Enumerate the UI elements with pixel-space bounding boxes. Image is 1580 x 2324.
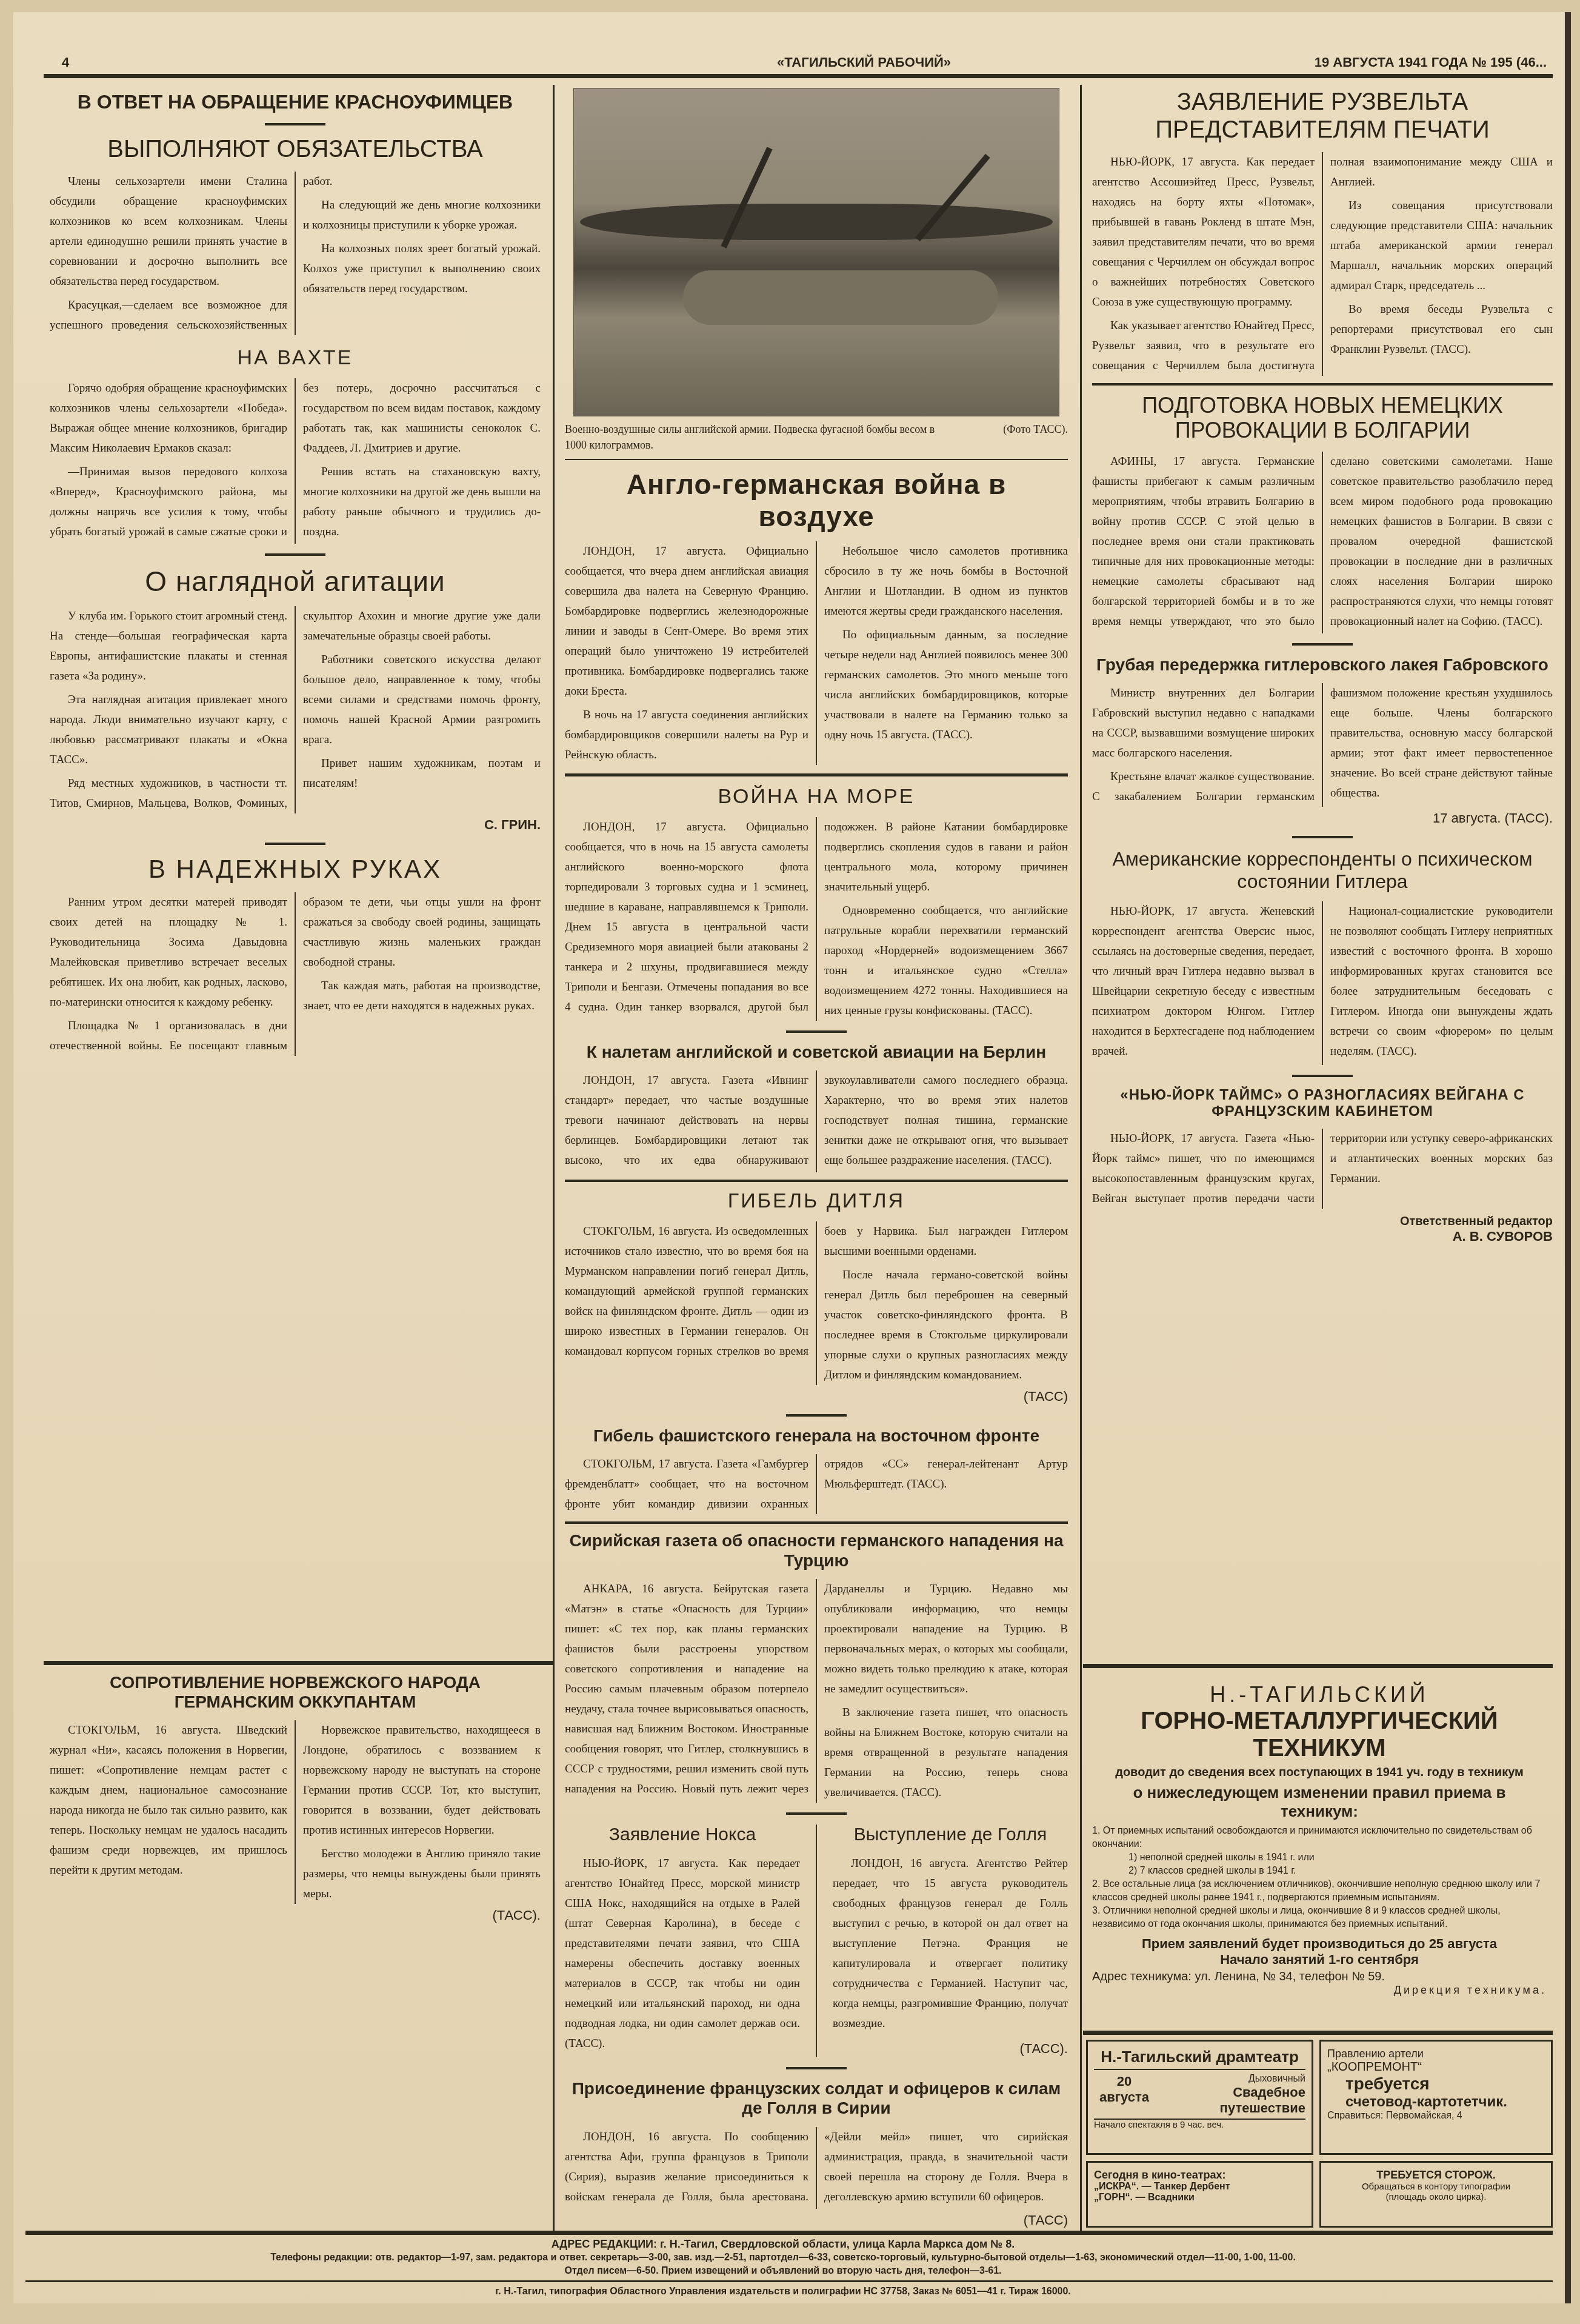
article-body: Горячо одобряя обращение красноуфимских … bbox=[50, 378, 541, 544]
divider bbox=[565, 1180, 1068, 1182]
theatre-date-day: 20 bbox=[1094, 2074, 1155, 2089]
footer-rule bbox=[25, 2280, 1553, 2282]
degaulle-article: Выступление де Голля ЛОНДОН, 16 августа.… bbox=[833, 1825, 1068, 2058]
divider bbox=[265, 553, 325, 556]
article-title: «НЬЮ-ЙОРК ТАЙМС» О РАЗНОГЛАСИЯХ ВЕЙГАНА … bbox=[1092, 1087, 1553, 1120]
divider bbox=[786, 2067, 847, 2069]
footer-address: АДРЕС РЕДАКЦИИ: г. Н.-Тагил, Свердловско… bbox=[13, 2238, 1553, 2251]
article-title: Заявление Нокса bbox=[565, 1825, 800, 1846]
ad-rule bbox=[1083, 1664, 1553, 1668]
editor-name: А. В. СУВОРОВ bbox=[1092, 1229, 1553, 1244]
divider bbox=[786, 1030, 847, 1033]
article-title: СОПРОТИВЛЕНИЕ НОРВЕЖСКОГО НАРОДА ГЕРМАНС… bbox=[50, 1673, 541, 1712]
cinema-listing: „ИСКРА“. — Танкер Дербент bbox=[1094, 2182, 1305, 2192]
article-body: ЛОНДОН, 17 августа. Газета «Ивнинг станд… bbox=[565, 1070, 1068, 1172]
masthead-rule bbox=[44, 74, 1553, 78]
divider bbox=[1092, 383, 1553, 386]
article-body: НЬЮ-ЙОРК, 17 августа. Женевский корреспо… bbox=[1092, 901, 1553, 1065]
article-body: СТОКГОЛЬМ, 16 августа. Из осведомленных … bbox=[565, 1221, 1068, 1385]
column-divider bbox=[816, 1825, 817, 2058]
footer-printer: г. Н.-Тагил, типография Областного Управ… bbox=[13, 2286, 1553, 2297]
source-tag: (ТАСС) bbox=[565, 1389, 1068, 1404]
theatre-date-month: августа bbox=[1094, 2089, 1155, 2105]
watchman-ad: ТРЕБУЕТСЯ СТОРОЖ. Обращаться в контору т… bbox=[1319, 2161, 1553, 2228]
article-body: У клуба им. Горького стоит агромный стен… bbox=[50, 606, 541, 813]
article-title: ЗАЯВЛЕНИЕ РУЗВЕЛЬТА ПРЕДСТАВИТЕЛЯМ ПЕЧАТ… bbox=[1092, 88, 1553, 144]
source-tag: (ТАСС). bbox=[50, 1908, 541, 1923]
knox-article: Заявление Нокса НЬЮ-ЙОРК, 17 августа. Ка… bbox=[565, 1825, 800, 2058]
divider bbox=[786, 1812, 847, 1815]
divider bbox=[1292, 643, 1353, 646]
photo-bomb bbox=[683, 270, 998, 325]
article-body: НЬЮ-ЙОРК, 17 августа. Как передает агент… bbox=[565, 1854, 800, 2057]
article-title: ГИБЕЛЬ ДИТЛЯ bbox=[565, 1189, 1068, 1213]
divider bbox=[265, 843, 325, 845]
divider bbox=[786, 1414, 847, 1417]
divider bbox=[565, 773, 1068, 776]
cooperative-ad: Правлению артели „КООПРЕМОНТ“ требуется … bbox=[1319, 2040, 1553, 2155]
article-title: Гибель фашистского генерала на восточном… bbox=[565, 1426, 1068, 1446]
article-title: К налетам английской и советской авиации… bbox=[565, 1043, 1068, 1062]
article-body: НЬЮ-ЙОРК, 17 августа. Газета «Нью-Йорк т… bbox=[1092, 1129, 1553, 1209]
editor-label: Ответственный редактор bbox=[1092, 1215, 1553, 1229]
divider bbox=[1292, 1075, 1353, 1077]
admission-rules: 1. От приемных испытаний освобождаются и… bbox=[1092, 1825, 1547, 1931]
article-title: В НАДЕЖНЫХ РУКАХ bbox=[50, 855, 541, 884]
issue-date: 19 АВГУСТА 1941 ГОДА № 195 (46... bbox=[1315, 55, 1547, 70]
photo-aircraft-wing bbox=[580, 204, 1053, 240]
column-divider bbox=[1080, 85, 1082, 2231]
cinema-ad: Сегодня в кино-театрах: „ИСКРА“. — Танке… bbox=[1086, 2161, 1313, 2228]
divider bbox=[1292, 836, 1353, 838]
article-title: О наглядной агитации bbox=[50, 566, 541, 598]
article-body: ЛОНДОН, 16 августа. Агентство Рейтер пер… bbox=[833, 1854, 1068, 2037]
divider bbox=[265, 123, 325, 125]
footer-letters: Отдел писем—6-50. Прием извещений и объя… bbox=[13, 2266, 1553, 2277]
right-column: ЗАЯВЛЕНИЕ РУЗВЕЛЬТА ПРЕДСТАВИТЕЛЯМ ПЕЧАТ… bbox=[1092, 88, 1553, 1244]
article-body: ЛОНДОН, 17 августа. Официально сообщаетс… bbox=[565, 817, 1068, 1021]
article-body: ЛОНДОН, 16 августа. По сообщению агентст… bbox=[565, 2127, 1068, 2209]
theatre-ad: Н.-Тагильский драмтеатр 20 августа Дыхов… bbox=[1086, 2040, 1313, 2155]
article-title: Присоединение французских солдат и офице… bbox=[565, 2079, 1068, 2118]
newspaper-page: 4 «ТАГИЛЬСКИЙ РАБОЧИЙ» 19 АВГУСТА 1941 Г… bbox=[13, 12, 1565, 2303]
article-title: ВЫПОЛНЯЮТ ОБЯЗАТЕЛЬСТВА bbox=[50, 135, 541, 163]
ad-rule bbox=[1083, 2031, 1553, 2035]
article-body: АФИНЫ, 17 августа. Германские фашисты пр… bbox=[1092, 452, 1553, 633]
article-title: Американские корреспонденты о психическо… bbox=[1092, 848, 1553, 893]
divider bbox=[565, 459, 1068, 460]
masthead: 4 «ТАГИЛЬСКИЙ РАБОЧИЙ» 19 АВГУСТА 1941 Г… bbox=[13, 55, 1553, 73]
left-column-bottom: СОПРОТИВЛЕНИЕ НОРВЕЖСКОГО НАРОДА ГЕРМАНС… bbox=[50, 1673, 541, 1923]
section-rule bbox=[44, 1661, 553, 1665]
source-tag: (ТАСС) bbox=[565, 2212, 1068, 2228]
middle-column: Военно-воздушные силы английской армии. … bbox=[565, 88, 1068, 2228]
left-column: В ОТВЕТ НА ОБРАЩЕНИЕ КРАСНОУФИМЦЕВ ВЫПОЛ… bbox=[50, 91, 541, 1056]
article-body: Ранним утром десятки матерей приводят св… bbox=[50, 892, 541, 1056]
footer-rule bbox=[25, 2231, 1553, 2235]
article-body: СТОКГОЛЬМ, 17 августа. Газета «Гамбургер… bbox=[565, 1454, 1068, 1514]
article-title: Сирийская газета об опасности германског… bbox=[565, 1531, 1068, 1570]
source-tag: (ТАСС). bbox=[833, 2041, 1068, 2057]
rubric-heading: В ОТВЕТ НА ОБРАЩЕНИЕ КРАСНОУФИМЦЕВ bbox=[50, 91, 541, 113]
footer-phones: Телефоны редакции: отв. редактор—1-97, з… bbox=[13, 2252, 1553, 2263]
article-body: НЬЮ-ЙОРК, 17 августа. Как передает агент… bbox=[1092, 152, 1553, 376]
photo-caption: Военно-воздушные силы английской армии. … bbox=[565, 421, 1068, 453]
article-title: Выступление де Голля bbox=[833, 1825, 1068, 1846]
article-title: Грубая передержка гитлеровского лакея Га… bbox=[1092, 655, 1553, 675]
two-article-row: Заявление Нокса НЬЮ-ЙОРК, 17 августа. Ка… bbox=[565, 1825, 1068, 2058]
article-body: Министр внутренних дел Болгарии Габровск… bbox=[1092, 683, 1553, 807]
author-signature: С. ГРИН. bbox=[50, 817, 541, 833]
column-divider bbox=[553, 85, 555, 2231]
page-number: 4 bbox=[62, 55, 69, 70]
article-body: Члены сельхозартели имени Сталина обсуди… bbox=[50, 172, 541, 335]
cinema-listing: „ГОРН“. — Всадники bbox=[1094, 2192, 1305, 2203]
article-title: НА ВАХТЕ bbox=[50, 346, 541, 370]
source-tag: 17 августа. (ТАСС). bbox=[1092, 810, 1553, 826]
article-title: ВОЙНА НА МОРЕ bbox=[565, 785, 1068, 809]
article-body: СТОКГОЛЬМ, 16 августа. Шведский журнал «… bbox=[50, 1720, 541, 1904]
article-body: ЛОНДОН, 17 августа. Официально сообщаетс… bbox=[565, 541, 1068, 765]
article-body: АНКАРА, 16 августа. Бейрутская газета «М… bbox=[565, 1579, 1068, 1803]
newspaper-name: «ТАГИЛЬСКИЙ РАБОЧИЙ» bbox=[777, 55, 951, 70]
technikum-ad: Н.-ТАГИЛЬСКИЙ ГОРНО-МЕТАЛЛУРГИЧЕСКИЙ ТЕХ… bbox=[1086, 1676, 1553, 2028]
divider bbox=[565, 1521, 1068, 1524]
article-title: Англо-германская война в воздухе bbox=[565, 469, 1068, 533]
article-title: ПОДГОТОВКА НОВЫХ НЕМЕЦКИХ ПРОВОКАЦИИ В Б… bbox=[1092, 393, 1553, 443]
news-photo bbox=[573, 88, 1059, 416]
